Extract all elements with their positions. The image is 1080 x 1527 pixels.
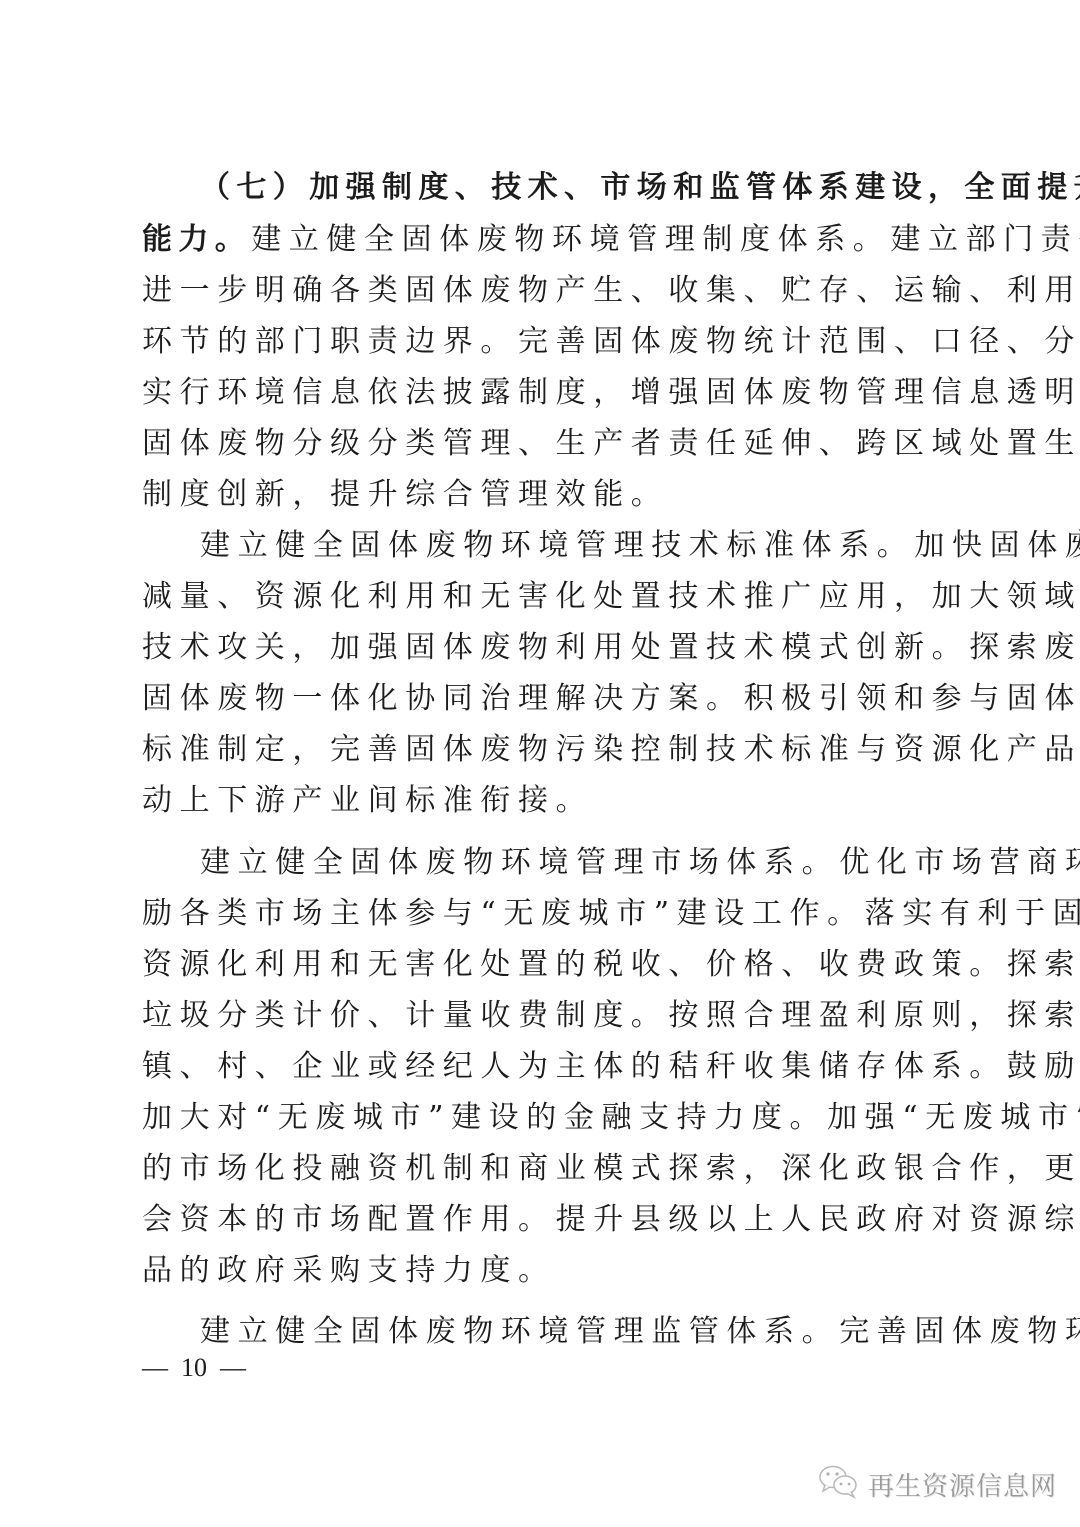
text-line: 标准制定，完善固体废物污染控制技术标准与资源化产品标准，推 xyxy=(142,730,942,770)
text-line: 固体废物一体化协同治理解决方案。积极引领和参与固体废物相关 xyxy=(142,679,942,719)
text-line: 能力。建立健全固体废物环境管理制度体系。建立部门责任清单， xyxy=(142,220,942,260)
text-line: 制度创新，提升综合管理效能。 xyxy=(142,475,942,515)
text-line: 进一步明确各类固体废物产生、收集、贮存、运输、利用、处置等 xyxy=(142,271,942,311)
page-number: — 10 — xyxy=(142,1350,246,1386)
text-span: 建立健全固体废物环境管理制度体系。建立部门责任清单， xyxy=(251,222,1080,257)
text-line: 镇、村、企业或经纪人为主体的秸秆收集储存体系。鼓励金融机构 xyxy=(142,1047,942,1087)
text-line: 动上下游产业间标准衔接。 xyxy=(142,781,942,821)
text-line: 励各类市场主体参与“无废城市”建设工作。落实有利于固体废物 xyxy=(142,894,942,934)
wechat-icon xyxy=(818,1464,860,1504)
text-line: 垃圾分类计价、计量收费制度。按照合理盈利原则，探索建立以乡 xyxy=(142,996,942,1036)
paragraph-start-line: 建立健全固体废物环境管理技术标准体系。加快固体废物源头 xyxy=(200,526,942,566)
text-line: 环节的部门职责边界。完善固体废物统计范围、口径、分类和方法。 xyxy=(142,322,942,362)
watermark: 再生资源信息网 xyxy=(818,1462,1057,1506)
paragraph-start-line: 建立健全固体废物环境管理市场体系。优化市场营商环境，鼓 xyxy=(200,843,942,883)
text-line: 品的政府采购支持力度。 xyxy=(142,1251,942,1291)
text-line: 资源化利用和无害化处置的税收、价格、收费政策。探索建立生活 xyxy=(142,945,942,985)
section-heading: （七）加强制度、技术、市场和监管体系建设，全面提升保障 xyxy=(200,170,1080,205)
section-heading-line: （七）加强制度、技术、市场和监管体系建设，全面提升保障 xyxy=(200,168,1000,208)
text-line: 加大对“无废城市”建设的金融支持力度。加强“无废城市”建设 xyxy=(142,1098,942,1138)
document-page: （七）加强制度、技术、市场和监管体系建设，全面提升保障 能力。建立健全固体废物环… xyxy=(0,0,1080,1527)
paragraph-start-line: 建立健全固体废物环境管理监管体系。完善固体废物环境信息 xyxy=(200,1312,942,1352)
section-heading-end: 能力。 xyxy=(142,222,251,257)
text-line: 的市场化投融资机制和商业模式探索，深化政银合作，更好发挥社 xyxy=(142,1149,942,1189)
watermark-text: 再生资源信息网 xyxy=(868,1466,1057,1503)
text-line: 实行环境信息依法披露制度，增强固体废物管理信息透明度。深化 xyxy=(142,373,942,413)
text-line: 会资本的市场配置作用。提升县级以上人民政府对资源综合利用产 xyxy=(142,1200,942,1240)
text-line: 固体废物分级分类管理、生产者责任延伸、跨区域处置生态补偿等 xyxy=(142,424,942,464)
text-line: 技术攻关，加强固体废物利用处置技术模式创新。探索废气、废水、 xyxy=(142,628,942,668)
text-line: 减量、资源化利用和无害化处置技术推广应用，加大领域绿色低碳 xyxy=(142,577,942,617)
